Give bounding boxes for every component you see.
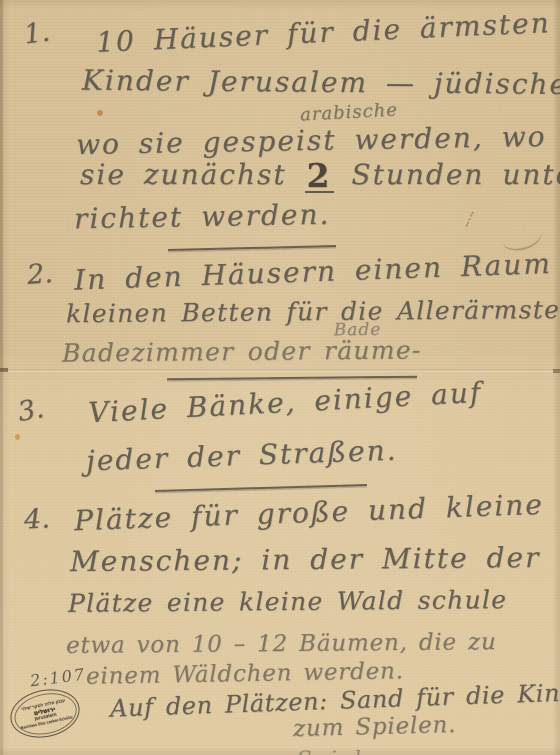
- interline-insertion-arabische: arabische: [300, 99, 399, 125]
- manuscript-line: zum Spielen.: [293, 712, 457, 742]
- line-text: sie zunächst: [80, 158, 305, 191]
- divider-line: [155, 484, 367, 492]
- stamp-top-arc-text: עזבון אלזה לסקר־שילר: [21, 698, 66, 712]
- manuscript-line: Badezimmer oder Baderäume-: [62, 335, 422, 367]
- item-number-3: 3.: [16, 393, 47, 428]
- shelfmark-annotation: 2:107: [29, 665, 87, 691]
- item-number-4: 4.: [23, 503, 50, 535]
- manuscript-line: jeder der Straßen.: [86, 434, 398, 478]
- manuscript-line: Kinder Jerusalem — jüdische —: [82, 64, 560, 102]
- archive-stamp: עזבון אלזה לסקר־שילר ירושלים Jerusalem N…: [6, 683, 84, 744]
- line-text: Stunden unter=: [334, 158, 560, 191]
- underlined-number-2: 2: [305, 161, 334, 193]
- line-text: Badezimmer oder: [62, 336, 324, 367]
- manuscript-line: kleinen Betten für die Allerärmsten:: [66, 295, 560, 329]
- stray-pencil-ticks: [465, 211, 486, 232]
- manuscript-line: etwa von 10 – 12 Bäumen, die zu: [66, 629, 497, 659]
- manuscript-line: sie zunächst 2 Stunden unter=: [80, 158, 560, 191]
- edge-nick-right: [553, 369, 560, 373]
- rust-stain: [15, 434, 20, 440]
- divider-line: [168, 245, 336, 251]
- stamp-bottom-arc-text: Nachlass Else Lasker-Schüler: [20, 714, 73, 730]
- rust-stain: [97, 110, 103, 116]
- manuscript-line: wo sie gespeist werden, wo: [76, 120, 547, 161]
- manuscript-page: 1. 10 Häuser für die ärmsten Kinder Jeru…: [0, 0, 560, 755]
- edge-nick-left: [0, 368, 8, 372]
- manuscript-line: Menschen; in der Mitte der: [70, 541, 541, 578]
- interline-insertion-bade: Bade: [334, 320, 382, 340]
- cut-off-line-fragment: zum Spielen.: [235, 748, 535, 755]
- divider-line: [167, 376, 417, 381]
- item-number-2: 2.: [26, 258, 54, 291]
- manuscript-line: Plätze eine kleine Wald schule: [68, 585, 508, 618]
- stamp-city-hebrew: ירושלים: [33, 705, 56, 716]
- manuscript-line: In den Häusern einen Raum mit: [74, 244, 560, 296]
- fold-crease: [0, 369, 560, 372]
- item-number-1: 1.: [22, 17, 51, 51]
- manuscript-line: Plätze für große und kleine: [74, 488, 545, 537]
- manuscript-line: Viele Bänke, einige auf: [87, 376, 483, 430]
- manuscript-line: richtet werden.: [74, 198, 331, 235]
- manuscript-line: 10 Häuser für die ärmsten: [95, 6, 551, 59]
